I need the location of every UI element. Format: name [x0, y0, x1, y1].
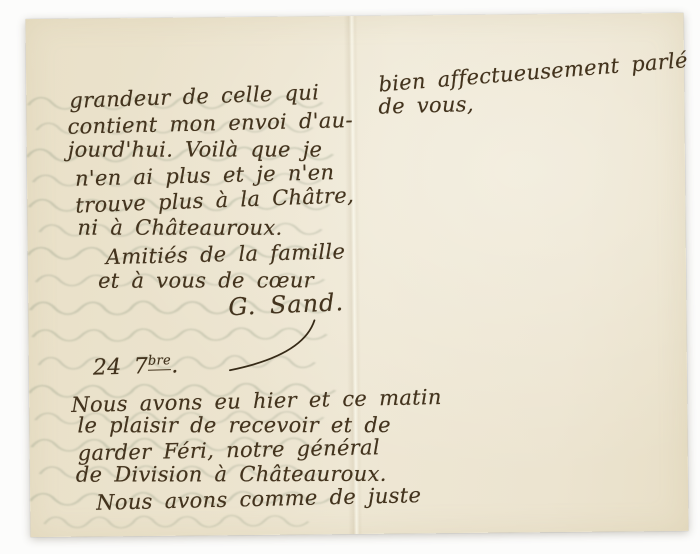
date-line: 24 7bre.	[93, 353, 179, 381]
date-suffix: bre	[148, 353, 172, 371]
handwritten-line: le plaisir de recevoir et de	[77, 413, 390, 437]
handwritten-line: bien affectueusement parlé	[378, 48, 689, 97]
handwritten-line: de Division à Châteauroux.	[76, 462, 387, 487]
date-month: 7	[133, 354, 148, 379]
letter-sheet: grandeur de celle qui contient mon envoi…	[26, 13, 689, 537]
handwritten-line: de vous,	[378, 92, 474, 119]
letter-photograph: grandeur de celle qui contient mon envoi…	[0, 0, 700, 554]
date-day: 24	[93, 355, 122, 381]
date-punct: .	[171, 353, 179, 378]
